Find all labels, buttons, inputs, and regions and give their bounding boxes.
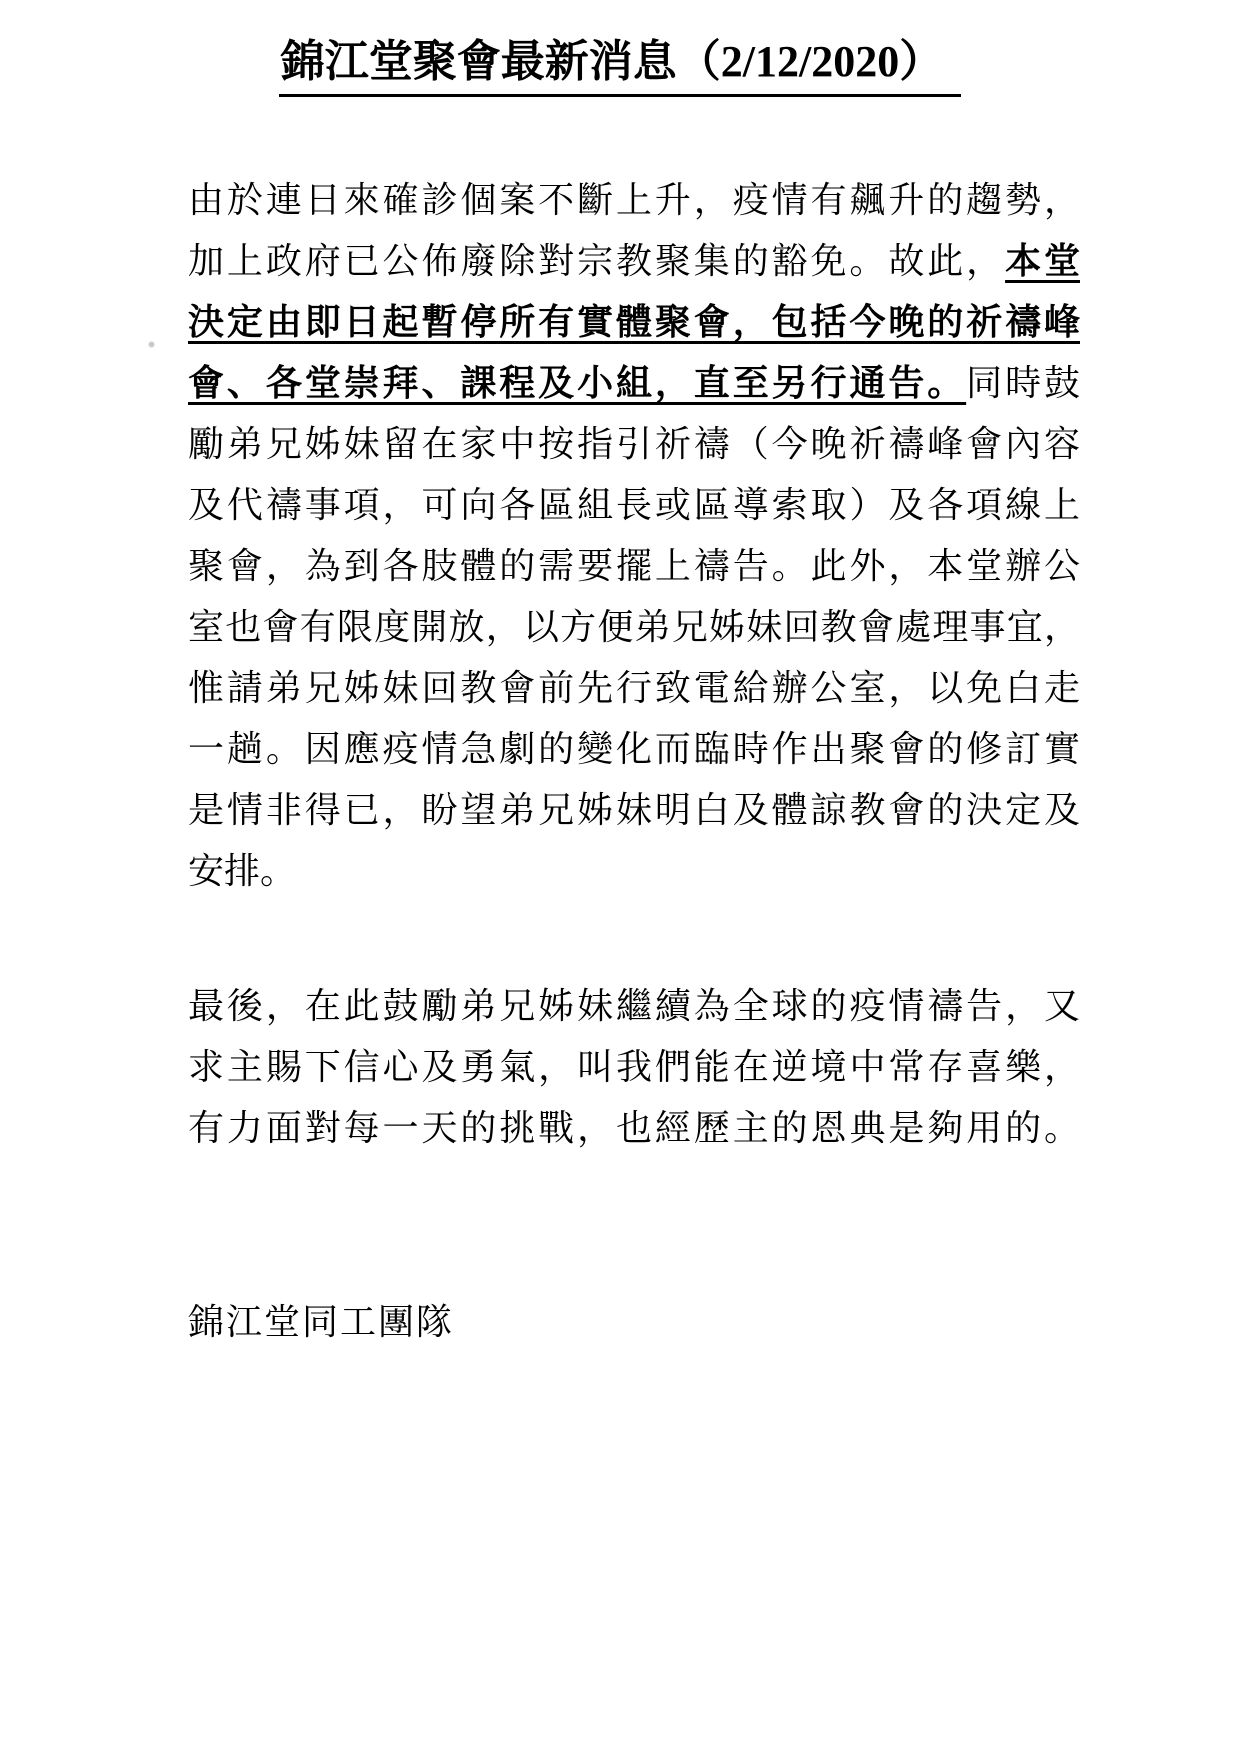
body-text: 聚會，為到各肢體的需要擺上禱告。此外，本堂辦公 [188, 546, 1080, 586]
body-text: 同時鼓 [966, 363, 1080, 403]
closing-paragraph: 最後，在此鼓勵弟兄姊妹繼續為全球的疫情禱告，又求主賜下信心及勇氣，叫我們能在逆境… [188, 976, 1080, 1159]
body-text: 及代禱事項，可向各區組長或區導索取）及各項線上 [188, 485, 1080, 525]
document-title: 錦江堂聚會最新消息（2/12/2020） [0, 34, 1240, 97]
text-line: 勵弟兄姊妹留在家中按指引祈禱（今晚祈禱峰會內容 [188, 414, 1080, 475]
announcement-paragraph: 由於連日來確診個案不斷上升，疫情有飆升的趨勢，加上政府已公佈廢除對宗教聚集的豁免… [188, 170, 1080, 902]
document-page: 錦江堂聚會最新消息（2/12/2020） 由於連日來確診個案不斷上升，疫情有飆升… [0, 0, 1240, 1754]
text-line: 是情非得已，盼望弟兄姊妹明白及體諒教會的決定及 [188, 780, 1080, 841]
body-text: 一趟。因應疫情急劇的變化而臨時作出聚會的修訂實 [188, 729, 1080, 769]
text-line: 有力面對每一天的挑戰，也經歷主的恩典是夠用的。 [188, 1098, 1080, 1159]
signature-line: 錦江堂同工團隊 [188, 1292, 454, 1353]
text-line: 一趟。因應疫情急劇的變化而臨時作出聚會的修訂實 [188, 719, 1080, 780]
emphasized-text: 會、各堂崇拜、課程及小組，直至另行通告。 [188, 363, 966, 403]
body-text: 安排。 [188, 851, 296, 891]
body-text: 加上政府已公佈廢除對宗教聚集的豁免。故此， [188, 241, 1005, 281]
body-text: 是情非得已，盼望弟兄姊妹明白及體諒教會的決定及 [188, 790, 1080, 830]
document-title-text: 錦江堂聚會最新消息（2/12/2020） [279, 34, 961, 97]
text-line: 會、各堂崇拜、課程及小組，直至另行通告。同時鼓 [188, 353, 1080, 414]
text-line: 求主賜下信心及勇氣，叫我們能在逆境中常存喜樂， [188, 1037, 1080, 1098]
body-text: 求主賜下信心及勇氣，叫我們能在逆境中常存喜樂， [188, 1047, 1080, 1087]
scan-artifact [147, 341, 156, 348]
text-line: 室也會有限度開放，以方便弟兄姊妹回教會處理事宜， [188, 597, 1080, 658]
text-line: 及代禱事項，可向各區組長或區導索取）及各項線上 [188, 475, 1080, 536]
body-text: 室也會有限度開放，以方便弟兄姊妹回教會處理事宜， [188, 607, 1080, 647]
body-text: 勵弟兄姊妹留在家中按指引祈禱（今晚祈禱峰會內容 [188, 424, 1080, 464]
text-line: 惟請弟兄姊妹回教會前先行致電給辦公室，以免白走 [188, 658, 1080, 719]
text-line: 安排。 [188, 841, 1080, 902]
body-text: 最後，在此鼓勵弟兄姊妹繼續為全球的疫情禱告，又 [188, 986, 1080, 1026]
body-text: 惟請弟兄姊妹回教會前先行致電給辦公室，以免白走 [188, 668, 1080, 708]
emphasized-text: 本堂 [1005, 241, 1080, 281]
body-text: 由於連日來確診個案不斷上升，疫情有飆升的趨勢， [188, 180, 1080, 220]
text-line: 決定由即日起暫停所有實體聚會，包括今晚的祈禱峰 [188, 292, 1080, 353]
text-line: 聚會，為到各肢體的需要擺上禱告。此外，本堂辦公 [188, 536, 1080, 597]
emphasized-text: 決定由即日起暫停所有實體聚會，包括今晚的祈禱峰 [188, 302, 1080, 342]
text-line: 加上政府已公佈廢除對宗教聚集的豁免。故此，本堂 [188, 231, 1080, 292]
text-line: 由於連日來確診個案不斷上升，疫情有飆升的趨勢， [188, 170, 1080, 231]
body-text: 有力面對每一天的挑戰，也經歷主的恩典是夠用的。 [188, 1108, 1080, 1148]
text-line: 最後，在此鼓勵弟兄姊妹繼續為全球的疫情禱告，又 [188, 976, 1080, 1037]
